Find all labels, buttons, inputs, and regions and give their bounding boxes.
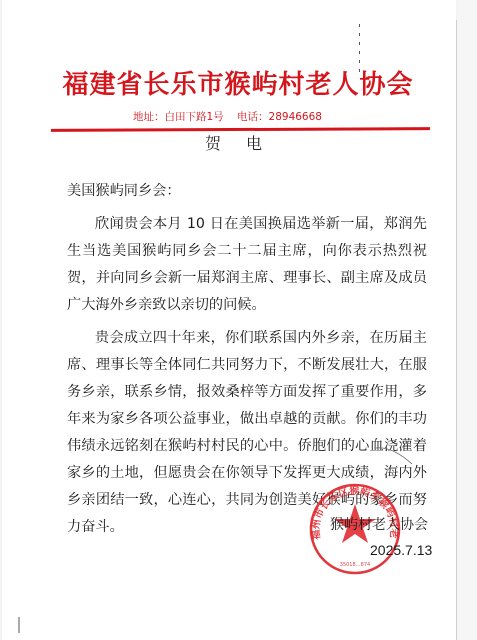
pen-mark bbox=[374, 444, 414, 466]
letterhead-phone: 电话：28946668 bbox=[237, 111, 322, 123]
signature-org: 猴屿村老人协会 bbox=[330, 514, 428, 534]
document-heading: 贺 电 bbox=[0, 131, 477, 154]
page-edge-line bbox=[456, 20, 457, 640]
letterhead-address: 地址：白田下路1号 bbox=[133, 111, 224, 123]
page-margin bbox=[458, 0, 477, 640]
signature-date: 2025.7.13 bbox=[370, 542, 432, 558]
letterhead-contact: 地址：白田下路1号 电话：28946668 bbox=[133, 109, 332, 124]
scan-mark bbox=[18, 617, 20, 633]
salutation: 美国猴屿同乡会： bbox=[67, 178, 427, 205]
paragraph-1: 欣闻贵会本月 10 日在美国换届选举新一届，郑润先生当选美国猴屿同乡会二十二届主… bbox=[67, 211, 427, 319]
svg-text:35018…874: 35018…874 bbox=[340, 562, 370, 568]
letterhead-title: 福建省长乐市猴屿村老人协会 bbox=[58, 64, 418, 101]
